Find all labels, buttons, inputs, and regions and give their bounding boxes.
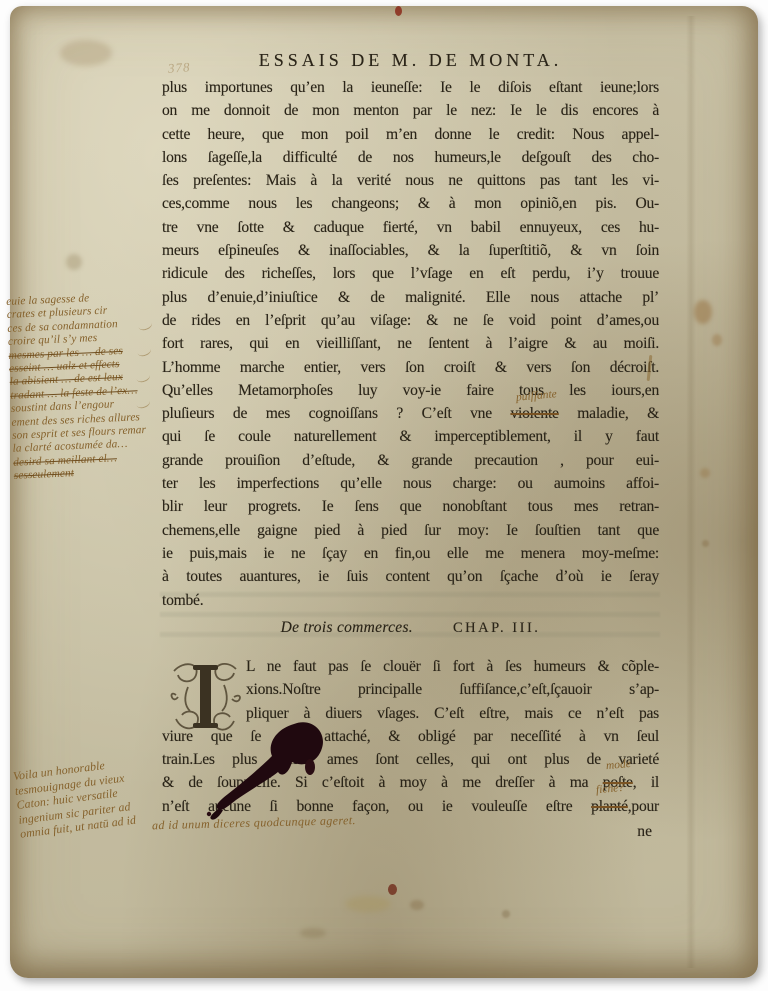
text-line: Qu’elles Metamorphoſes luy voy-ie faire … <box>162 379 659 402</box>
text-line: L ne faut pas ſe clouër ſi fort à ſes hu… <box>162 655 659 678</box>
ink-speck <box>395 6 402 16</box>
text-line: ſes preſentes: Mais à la verité nous ne … <box>162 169 659 192</box>
text-line: tre vne ſotte & caduque fierté, vn babil… <box>162 216 659 239</box>
ink-blot-shape <box>198 706 338 821</box>
foxing-spot <box>700 468 710 478</box>
text-line: grande prouiſion d’eſtude, & grande prec… <box>162 449 659 472</box>
text-line: ces,comme nous les changeons; & à mon op… <box>162 192 659 215</box>
running-head: ESSAIS DE M. DE MONTA. <box>162 50 659 71</box>
foxing-spot <box>712 334 722 346</box>
text-line: on me donnoit de mon menton par le nez: … <box>162 99 659 122</box>
handwritten-correction: fiché? <box>595 776 625 802</box>
handwritten-correction: mode <box>605 753 632 778</box>
text-line: lons ſageſſe,la difficulté de nos humeur… <box>162 146 659 169</box>
foxing-spot <box>702 540 709 547</box>
foxing-spot <box>694 300 712 324</box>
foxing-spot <box>66 254 82 270</box>
ink-blot <box>198 706 338 821</box>
scanned-book-page-view: 378 ESSAIS DE M. DE MONTA. plus importun… <box>0 0 768 991</box>
text-line: blir leur progrets. Ie ſens que nonobſta… <box>162 495 659 518</box>
chapter-title: De trois commerces. <box>281 619 413 637</box>
text-line: fort rares, qui en vieilliſſant, ne ſent… <box>162 332 659 355</box>
paragraph-end-of-chapter: plus importunes qu’en la ieuneſſe: Ie le… <box>162 76 659 612</box>
foxing-spot <box>60 40 112 66</box>
stain <box>345 896 391 912</box>
struck-word-wrap: violentepuiſſante <box>510 402 558 425</box>
text-line: ridicule des richeſſes, lors que l’vſage… <box>162 262 659 285</box>
text-line: chemens,elle gaigne pied à pied ſur moy:… <box>162 519 659 542</box>
handwritten-correction: puiſſante <box>515 383 558 410</box>
book-page: 378 ESSAIS DE M. DE MONTA. plus importun… <box>10 6 758 978</box>
text-line: ie puis,mais ie ne ſçay en fin,ou elle m… <box>162 542 659 565</box>
text-line: de rides en l’eſprit qu’au viſage: & ne … <box>162 309 659 332</box>
text-line: qui ſe coule naturellement & imperceptib… <box>162 425 659 448</box>
text-line: L’homme marche entier, vers ſon croiſt &… <box>162 356 659 379</box>
text-line: à toutes auantures, ie ſuis content qu’o… <box>162 565 659 588</box>
text-line: plus d’enuie,d’iniuſtice & de malignité.… <box>162 286 659 309</box>
chapter-number: CHAP. III. <box>453 620 540 637</box>
ink-speck <box>388 884 397 895</box>
stain <box>300 928 326 938</box>
chapter-heading-row: De trois commerces. CHAP. III. <box>162 619 659 637</box>
struck-word-wrap: plantéfiché? <box>591 795 628 818</box>
text-line: xions.Noſtre principalle ſuffiſance,c’eſ… <box>162 678 659 701</box>
text-line: cette heure, que mon poil m’en donne le … <box>162 123 659 146</box>
marginalia-upper-block: euie la sagesse decrates et plusieurs ci… <box>6 288 190 483</box>
text-line: pluſieurs de mes cognoiſſans ? C’eſt vne… <box>162 402 659 425</box>
text-line: meurs eſpineuſes & inaſſociables, & la ſ… <box>162 239 659 262</box>
text-line: plus importunes qu’en la ieuneſſe: Ie le… <box>162 76 659 99</box>
stain <box>502 910 510 918</box>
stain <box>410 900 424 910</box>
page-crease <box>686 16 696 968</box>
text-line: ter les imperfections qu’elle nous charg… <box>162 472 659 495</box>
